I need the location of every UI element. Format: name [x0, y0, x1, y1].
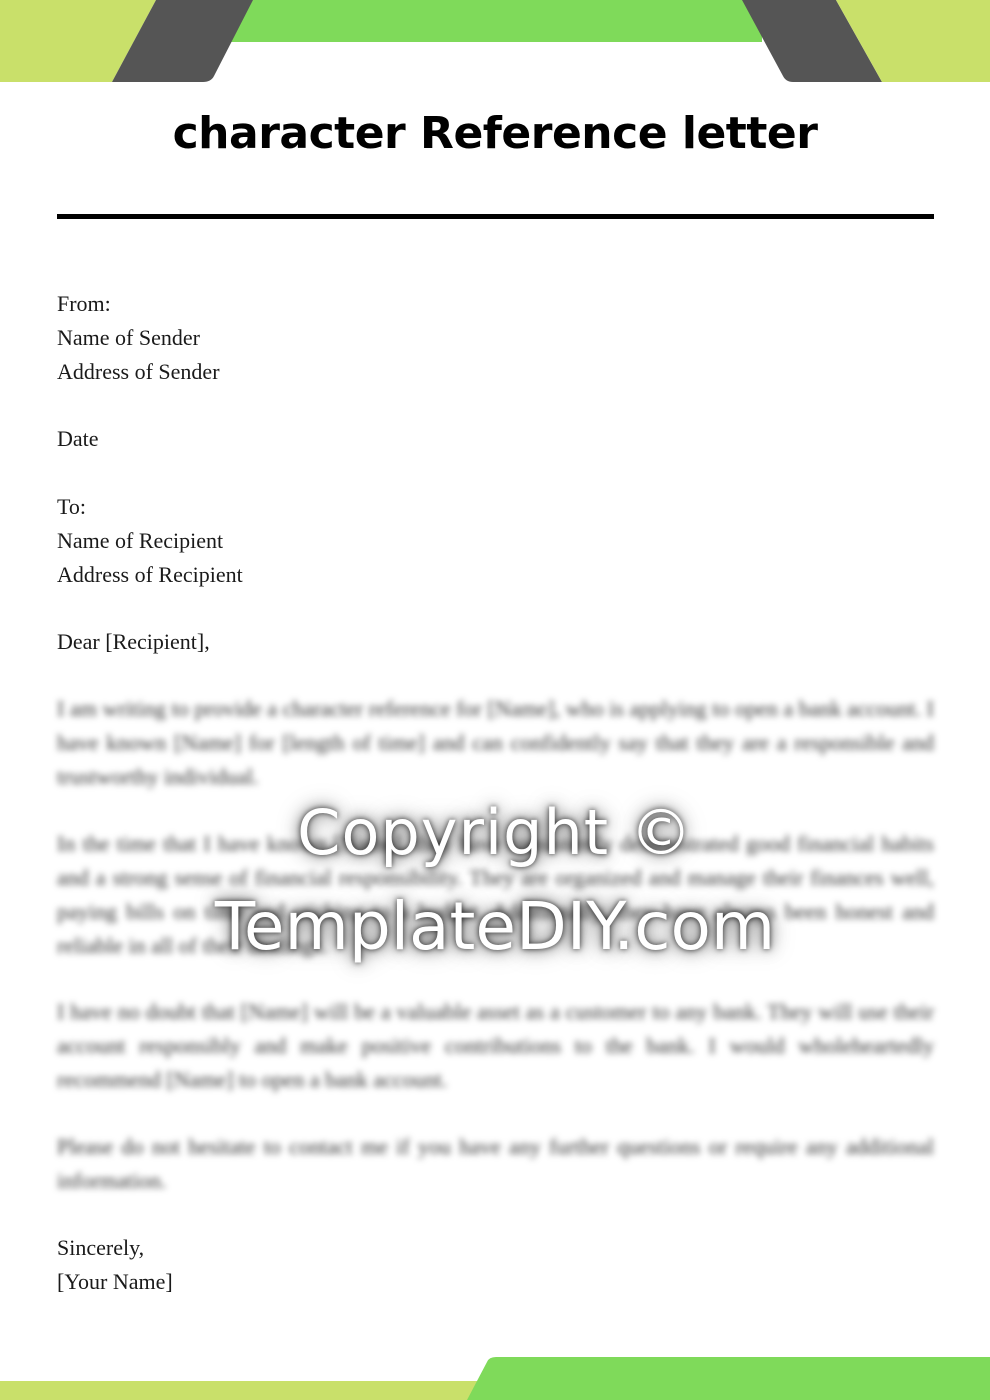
footer-light-strip	[0, 1381, 480, 1400]
sender-address: Address of Sender	[57, 355, 220, 389]
footer-green-shape	[467, 1357, 990, 1400]
watermark-site: TemplateDIY.com	[0, 888, 990, 965]
sender-name: Name of Sender	[57, 321, 200, 355]
header-green-bar	[228, 0, 762, 42]
salutation: Dear [Recipient],	[57, 625, 210, 659]
signature: [Your Name]	[57, 1265, 173, 1299]
watermark-copyright: Copyright ©	[0, 796, 990, 869]
from-label: From:	[57, 287, 111, 321]
body-paragraph-3: I have no doubt that [Name] will be a va…	[57, 995, 934, 1097]
closing: Sincerely,	[57, 1231, 144, 1265]
date: Date	[57, 422, 99, 456]
title-divider	[57, 214, 934, 219]
recipient-address: Address of Recipient	[57, 558, 243, 592]
to-label: To:	[57, 490, 86, 524]
recipient-name: Name of Recipient	[57, 524, 223, 558]
body-paragraph-4: Please do not hesitate to contact me if …	[57, 1130, 934, 1198]
page-title: character Reference letter	[0, 108, 990, 159]
body-paragraph-1: I am writing to provide a character refe…	[57, 692, 934, 794]
